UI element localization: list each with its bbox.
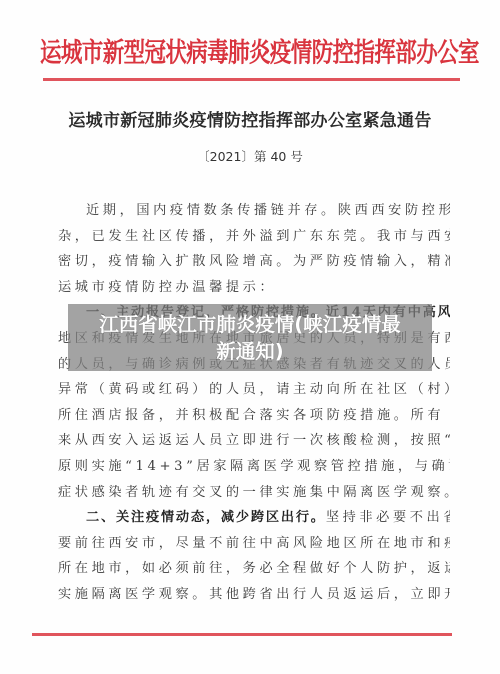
body-line: 要前往西安市，尽量不前往中高风险地区所在地市和疫情发生地 [58,531,450,557]
notice-title: 运城市新冠肺炎疫情防控指挥部办公室紧急通告 [40,106,460,131]
body-line: 原则实施“14+3”居家隔离医学观察管控措施，与确诊病例和无 [58,454,450,480]
body-line: 杂，已发生社区传播，并外溢到广东东莞。我市与西安人员来往 [58,224,450,250]
section-two-heading: 二、关注疫情动态，减少跨区出行。 [86,510,326,525]
body-line: 近期，国内疫情数条传播链并存。陕西西安防控形势严峻复 [58,198,450,224]
issuer-heading: 运城市新型冠状病毒肺炎疫情防控指挥部办公室 [40,29,450,79]
article-title-overlay[interactable]: 江西省峡江市肺炎疫情(峡江疫情最新通知) [68,304,432,371]
body-line: 运城市疫情防控办温馨提示： [58,275,450,301]
section-two-line: 二、关注疫情动态，减少跨区出行。坚持非必要不出省，不 [58,505,450,531]
article-title[interactable]: 江西省峡江市肺炎疫情(峡江疫情最新通知) [90,311,410,365]
section-two-text: 坚持非必要不出省，不 [326,510,450,525]
bottom-red-rule [32,633,452,636]
top-red-rule [43,78,460,81]
document-page: 运城市新型冠状病毒肺炎疫情防控指挥部办公室 运城市新冠肺炎疫情防控指挥部办公室紧… [0,0,500,674]
body-line: 密切，疫情输入扩散风险增高。为严防疫情输入，精准防控疫情， [58,249,450,275]
notice-body: 近期，国内疫情数条传播链并存。陕西西安防控形势严峻复 杂，已发生社区传播，并外溢… [58,198,450,608]
document-number: 〔2021〕第 40 号 [0,147,500,165]
body-line: 异常（黄码或红码）的人员，请主动向所在社区（村）、所属单位、 [58,377,450,403]
body-line: 所住酒店报备，并积极配合落实各项防疫措施。所有 12 月 1 日以 [58,403,450,429]
body-line: 所在地市，如必须前往，务必全程做好个人防护，返运后按规定 [58,556,450,582]
body-line: 来从西安入运返运人员立即进行一次核酸检测，按照“追平补齐” [58,428,450,454]
body-line: 症状感染者轨迹有交叉的一律实施集中隔离医学观察。 [58,480,450,506]
body-line: 实施隔离医学观察。其他跨省出行人员返运后，立即开展一次核 [58,582,450,608]
